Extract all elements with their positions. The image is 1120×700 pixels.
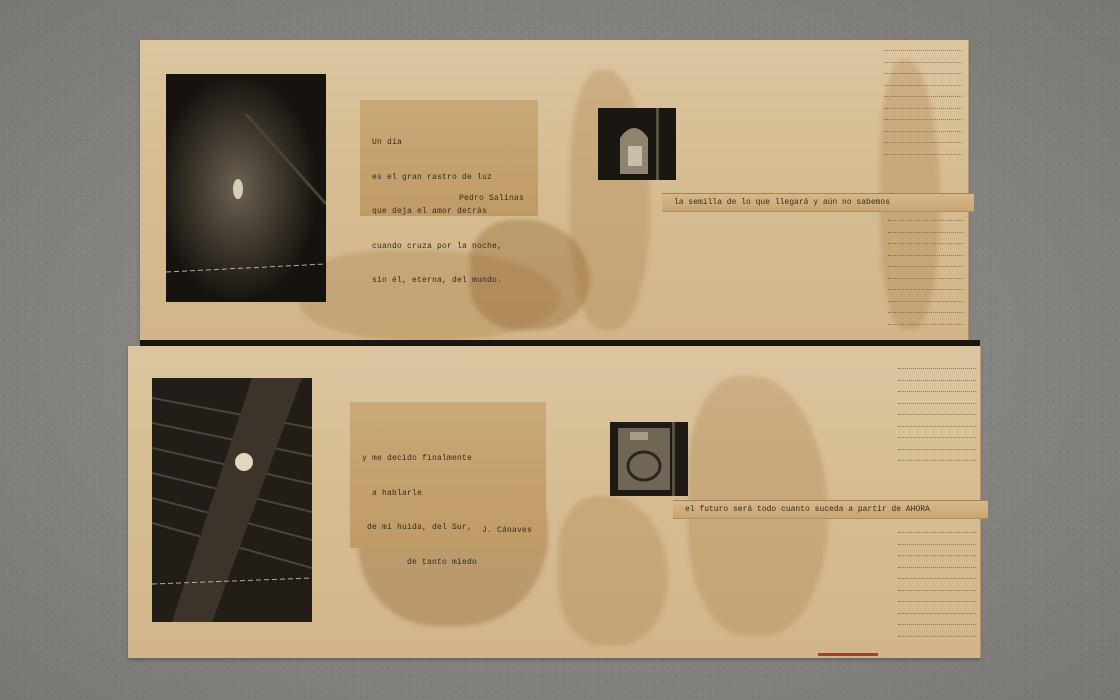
poem-line: de tanto miedo: [362, 557, 477, 569]
typed-strip: el futuro será todo cuanto suceda a part…: [673, 500, 988, 519]
poem-author: Pedro Salinas: [459, 193, 524, 205]
dark-ground-with-small-figure-photo: [166, 74, 326, 302]
ruled-lines: [898, 368, 976, 472]
wooden-planks-with-flower-photo: [152, 378, 312, 622]
typed-strip: la semilla de lo que llegará y aún no sa…: [662, 193, 974, 212]
poem-line: cuando cruza por la noche,: [372, 241, 502, 253]
floor-medallion-photo: [610, 422, 688, 496]
ruled-lines: [898, 532, 976, 647]
poem-line: y me decido finalmente: [362, 453, 477, 465]
book-bottom-row: y me decido finalmente a hablarle de mi …: [128, 346, 980, 658]
arched-doorway-photo: [598, 108, 676, 180]
poem-card: y me decido finalmente a hablarle de mi …: [350, 402, 546, 548]
ruled-lines: [884, 50, 962, 165]
poem-card: Un día es el gran rastro de luz que deja…: [360, 100, 538, 216]
poem-author: J. Cánaves: [482, 525, 532, 537]
poem-line: de mi huida, del Sur,: [362, 522, 477, 534]
red-page-edge: [818, 653, 878, 656]
book-top-row: Un día es el gran rastro de luz que deja…: [140, 40, 968, 342]
poem-line: Un día: [372, 137, 502, 149]
panel: [660, 40, 861, 342]
poem-line: que deja el amor detrás: [372, 206, 502, 218]
ruled-lines: [888, 220, 964, 335]
poem-line: es el gran rastro de luz: [372, 172, 502, 184]
poem-line: sin él, eterna, del mundo.: [372, 275, 502, 287]
poem-line: a hablarle: [362, 488, 477, 500]
